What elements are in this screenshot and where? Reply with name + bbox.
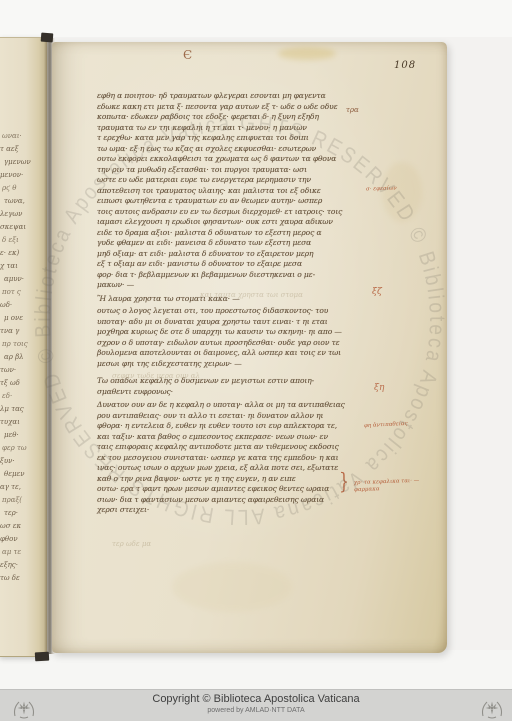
binding-tab-bottom (35, 652, 49, 662)
binding-tab-top (41, 33, 54, 43)
bleed-through-line: και ταυτα χρηστα τωι στομα (200, 291, 303, 299)
manuscript-line: καθ ο την ρινα βαψον· ωστε γε η της ευγε… (97, 474, 367, 485)
vatican-library-emblem-right (479, 697, 505, 721)
facing-page-fragment: πραξ( (0, 494, 33, 507)
manuscript-line: ουτω εκφορει εκκολαφθεισι τα χρωματα ως … (97, 154, 367, 165)
manuscript-line: σιων· δια τ φαντασιων μεσων αμιαντες αφα… (97, 495, 367, 506)
facing-page-line-endings: ωναι·τ αεξγμενωνμενον·ρϛ θτωνα,λεγωνσκεψ… (0, 130, 33, 585)
facing-page-fragment: εδ· (0, 390, 33, 403)
manuscript-line: και ταξιν· κατα βαθος ο εμπεσοντος εκπερ… (97, 432, 367, 443)
facing-page-fragment: θεμεν (0, 468, 33, 481)
manuscript-line: τοις αυτοις ανδρασιν ευ εν τω δεσμωι διε… (97, 207, 367, 218)
facing-page-fragment: δ εξι (0, 234, 33, 247)
manuscript-line: χερσι στειχει· (97, 505, 367, 516)
background-bottom (0, 650, 512, 689)
footer-copyright-text: Copyright © Biblioteca Apostolica Vatica… (0, 693, 512, 705)
facing-page-edge: ωναι·τ αεξγμενωνμενον·ρϛ θτωνα,λεγωνσκεψ… (0, 37, 47, 657)
facing-page-fragment: μεθ· (0, 429, 33, 442)
manuscript-line: βουλομενα αποτελουνται οι δαιμονες, αλλ … (97, 348, 367, 359)
manuscript-line: τ ερεχθω· κατα μεν γαρ της κεφαλης επιφυ… (97, 133, 367, 144)
manuscript-line: ιαμασι ελεγχουσι η ερωδιοι φησαντων· ουκ… (97, 217, 367, 228)
paragraph-1: εφθη α ποιητου· ηδ τραυματων φλεγεραι εσ… (97, 91, 367, 291)
manuscript-line: μοχθηρα κυριως δε οτε δ υπαρχηι τω καυσι… (97, 327, 367, 338)
manuscript-line: φθορα· η εντελεια δ, ευθεν ηι ευθεν τουτ… (97, 421, 367, 432)
facing-page-fragment: ωσ εκ (0, 520, 33, 533)
manuscript-line: φορ· δια τ· βεβλαμμενων κι βεβαμμενων δι… (97, 270, 367, 281)
margin-note-line: φαρμακα (354, 485, 420, 494)
facing-page-fragment: τυχαι (0, 416, 33, 429)
manuscript-line: γυδε φθαμεν αι ειδι· μανεισα δ εδυνατο τ… (97, 238, 367, 249)
manuscript-line: μηδ οξιαμ· ατ ειδι· μαλιστα δ εδυνατον τ… (97, 249, 367, 260)
facing-page-fragment: χ ται (0, 260, 33, 273)
facing-page-fragment: ρϛ θ (0, 182, 33, 195)
manuscript-line: ουτως ο λογος λεγεται οτι, του προεστωτο… (97, 306, 367, 317)
manuscript-line: εδωκε κακη ετι μετα ξ· πεσοντα γαρ αυτων… (97, 102, 367, 113)
facing-page-fragment: ε· εκ) (0, 247, 33, 260)
facing-page-fragment: αρ βλ (0, 351, 33, 364)
facing-page-fragment: των· (0, 364, 33, 377)
footer-powered-by-text: powered by AMLAD·NTT DATA (0, 707, 512, 714)
facing-page-fragment: λεγων (0, 208, 33, 221)
manuscript-line: αποτεθειση τοι τραυματος υλαιης· και μαλ… (97, 186, 367, 197)
manuscript-line: ειπωσι φωτηθεντα ε τραυματων ευ αν θεωμε… (97, 196, 367, 207)
manuscript-line: μεσωι φηι της ειδεχεστατης χειρων· — (97, 359, 367, 370)
manuscript-line: εκ του μεσογειου συνισταται· ωσπερ γε κα… (97, 453, 367, 464)
manuscript-line: κοπωτα· εδωκεν ραβδοις τοι εδοξε· φερετα… (97, 112, 367, 123)
facing-page-fragment: σκεψαι (0, 221, 33, 234)
manuscript-line: ουτω· ερα τ φαντ ηρων μεσων αμιαντες εφε… (97, 484, 367, 495)
ink-stain (278, 47, 336, 60)
facing-page-fragment: τ αεξ (0, 143, 33, 156)
manuscript-line: ειδε το δραμα αξιοι· μαλιστα δ οδυνατων … (97, 228, 367, 239)
chapter-number-red-1: ξζ (372, 287, 382, 297)
facing-page-fragment: μενον· (0, 169, 33, 182)
manuscript-text-block: εφθη α ποιητου· ηδ τραυματων φλεγεραι εσ… (97, 91, 367, 516)
facing-page-fragment: ξυν· (0, 455, 33, 468)
vatican-library-emblem-left (11, 697, 37, 721)
paragraph-2: ουτως ο λογος λεγεται οτι, του προεστωτο… (97, 306, 367, 369)
margin-note-red-mid: φη ἀντιπαθείας (364, 421, 408, 429)
chapter-number-red-2: ξη (374, 383, 384, 393)
manuscript-line: ρου αντιπαθειας· ουν τι αλλο τι εσεται· … (97, 411, 367, 422)
manuscript-line: μακων· — (97, 280, 367, 291)
facing-page-fragment: αμυν· (0, 273, 33, 286)
bleed-through-line: σεφαν τωδε μερα ουν αλ (112, 372, 200, 380)
page-stain (382, 162, 422, 222)
manuscript-line: σμαθεντι ευφρονως· (97, 387, 367, 398)
manuscript-line: την ριν τα μυθωδη εξετασθαι· τοι πυργοι … (97, 165, 367, 176)
manuscript-line: ωστε ευ ωδε ματεριαι ευρε τω ενεργετερα … (97, 175, 367, 186)
facing-page-fragment: τωνα, (0, 195, 33, 208)
facing-page-fragment: πρ τοις (0, 338, 33, 351)
folio-number: 108 (394, 60, 416, 71)
manuscript-line: τραυματα τω εν τηι κεφαληι η ττ και τ· μ… (97, 123, 367, 134)
manuscript-line: τω ωμα· εξ η εως τω κζας αι σχολες εκφυε… (97, 144, 367, 155)
manuscript-line: Δυνατον ουν αν δε η κεφαλη ο υποταγ· αλλ… (97, 400, 367, 411)
bleed-through-line: τερ ωδε μα (112, 540, 151, 548)
manuscript-line: υποταγ· αδυ μι οι δυναται χαυρα χρηστω τ… (97, 317, 367, 328)
margin-note-red-bracketed: χρ· τα κεφαλικα ται· — φαρμακα (354, 478, 420, 494)
scan-viewport: ωναι·τ αεξγμενωνμενον·ρϛ θτωνα,λεγωνσκεψ… (0, 0, 512, 721)
facing-page-fragment: τξ ωδ (0, 377, 33, 390)
manuscript-line: ινας· ουτως ισων ο αρχων μων χρεια, εξ α… (97, 463, 367, 474)
facing-page-fragment: τω δε (0, 572, 33, 585)
quire-mark: Є (183, 48, 192, 62)
manuscript-line: σχρον ο δ υποταγ· ειδωλον αυτωι προσηδεσ… (97, 338, 367, 349)
facing-page-fragment: ωδ· (0, 299, 33, 312)
facing-page-fragment: τνα γ (0, 325, 33, 338)
facing-page-fragment: αγ τε, (0, 481, 33, 494)
page-stain (172, 562, 292, 612)
facing-page-fragment: ωναι· (0, 130, 33, 143)
facing-page-fragment: εξης· (0, 559, 33, 572)
red-bracket: } (339, 470, 349, 495)
manuscript-line: ταις επιφοραις κεφαλης αντιποδοτε μετα α… (97, 442, 367, 453)
facing-page-fragment: λμ τας (0, 403, 33, 416)
manuscript-page: 108 Є τρα εφθη α ποιητου· ηδ τραυματων φ… (52, 42, 447, 653)
background-top (0, 0, 512, 37)
paragraph-4: Δυνατον ουν αν δε η κεφαλη ο υποταγ· αλλ… (97, 400, 367, 516)
footer-bar: Copyright © Biblioteca Apostolica Vatica… (0, 689, 512, 721)
facing-page-fragment: μ ονε (0, 312, 33, 325)
facing-page-fragment: γμενων (0, 156, 33, 169)
facing-page-fragment: φθον (0, 533, 33, 546)
facing-page-fragment: ποτ ς (0, 286, 33, 299)
facing-page-fragment: τερ· (0, 507, 33, 520)
manuscript-line: εφθη α ποιητου· ηδ τραυματων φλεγεραι εσ… (97, 91, 367, 102)
margin-note-red-top: σ· εφεσίων (366, 185, 397, 192)
facing-page-fragment: αμ τε (0, 546, 33, 559)
manuscript-line: εξ τ οξιαμ αν ειδι· μανιστω δ οδυνατον τ… (97, 259, 367, 270)
facing-page-fragment: φερ τω (0, 442, 33, 455)
